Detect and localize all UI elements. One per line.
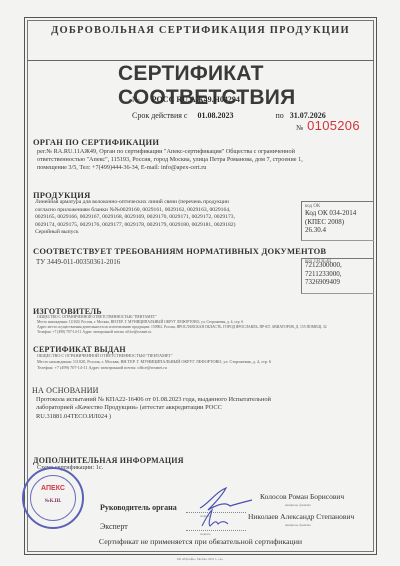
ok-code-line: 26.30.4 (305, 226, 371, 235)
valid-to-label: по (275, 111, 283, 120)
tn-ved-code-box: код ТН ВЭД 7212300000, 7211233000, 73269… (301, 258, 374, 294)
title-divider (27, 60, 374, 61)
valid-from-date: 01.08.2023 (197, 111, 233, 120)
validity-label: Срок действия с (132, 111, 187, 120)
manufacturer-details: ОБЩЕСТВО С ОГРАНИЧЕННОЙ ОТВЕТСТВЕННОСТЬЮ… (37, 315, 372, 335)
compliance-title: СООТВЕТСТВУЕТ ТРЕБОВАНИЯМ НОРМАТИВНЫХ ДО… (33, 246, 326, 256)
cert-body-line: рег.№ RA.RU.11АЖ49, Орган по сертификаци… (37, 148, 372, 156)
cert-body-title: ОРГАН ПО СЕРТИФИКАЦИИ (33, 137, 159, 147)
expert-name: Николаев Александр Степанович (248, 512, 354, 521)
cert-body-line: ответственностью "Апекс", 115193, Россия… (37, 156, 372, 164)
product-line: Линейная арматура для волоконно-оптическ… (35, 199, 275, 207)
basis-line: Протокола испытаний № КПА22-16406 от 01.… (36, 396, 356, 404)
basis-line: лабораторией «Качество Продукции» (аттес… (36, 404, 356, 412)
tn-ved-line: 7212300000, (305, 261, 371, 270)
number-label: № (132, 95, 140, 104)
cert-body-details: рег.№ RA.RU.11АЖ49, Орган по сертификаци… (37, 148, 372, 173)
cert-body-line: помещение 3/5, Тел: +7(499)444-36-34, E-… (37, 164, 372, 172)
issued-to-details: ОБЩЕСТВО С ОГРАНИЧЕННОЙ ОТВЕТСТВЕННОСТЬЮ… (37, 353, 372, 370)
ok-code-line: (КПЕС 2008) (305, 218, 371, 227)
basis-title: НА ОСНОВАНИИ (32, 386, 99, 395)
expert-signature-caption: подпись (200, 532, 210, 536)
serial-label: № (296, 123, 303, 132)
voluntary-certification-title: ДОБРОВОЛЬНАЯ СЕРТИФИКАЦИЯ ПРОДУКЦИИ (27, 25, 374, 36)
seal-logo: АПЕКС (24, 485, 82, 492)
head-name-caption: инициалы, фамилия (285, 503, 311, 507)
manufacturer-line: Телефон: +7 (499) 707-14-11 Адрес электр… (37, 330, 372, 335)
certificate-number: № РОСС RU.АЖ49.Н04294 (132, 95, 240, 104)
number-value: РОСС RU.АЖ49.Н04294 (152, 95, 240, 104)
basis-line: RU.31881.04ТЕСО.ИЛ024 ) (36, 413, 356, 421)
seal-number: №К.Ш. (24, 499, 82, 504)
tn-ved-line: 7326909409 (305, 278, 371, 287)
head-of-body-name: Колосов Роман Борисович (260, 492, 344, 501)
expert-signature-line (186, 530, 246, 531)
product-line: 0029165, 0029166, 0029167, 0029168, 0029… (35, 214, 275, 222)
expert-name-caption: инициалы, фамилия (285, 523, 311, 527)
ok-code-line: Код ОК 034-2014 (305, 209, 371, 218)
issued-to-line: Телефон: +7 (499) 707-14-11 Адрес электр… (37, 365, 372, 371)
product-line: Серийный выпуск (35, 229, 275, 237)
product-description: Линейная арматура для волоконно-оптическ… (35, 199, 275, 237)
blank-serial-number: №0105206 (296, 118, 360, 133)
expert-label: Эксперт (100, 522, 128, 531)
expert-signature-icon (196, 508, 236, 530)
basis-details: Протокола испытаний № КПА22-16406 от 01.… (36, 396, 356, 421)
organization-seal: АПЕКС №К.Ш. (22, 467, 84, 529)
seal-inner-ring (30, 475, 76, 521)
print-code: ОП «Юрлайн», Москва, 2023 г., «А» (0, 557, 400, 561)
ok-code-box: код ОК Код ОК 034-2014 (КПЕС 2008) 26.30… (301, 201, 374, 241)
tn-ved-line: 7211233000, (305, 270, 371, 279)
head-of-body-label: Руководитель органа (100, 503, 177, 512)
footer-note: Сертификат не применяется при обязательн… (27, 537, 374, 546)
product-line: согласно приложениям бланки №№0029160, 0… (35, 207, 275, 215)
normative-document: ТУ 3449-011-00350361-2016 (36, 258, 120, 266)
serial-value: 0105206 (307, 118, 360, 133)
